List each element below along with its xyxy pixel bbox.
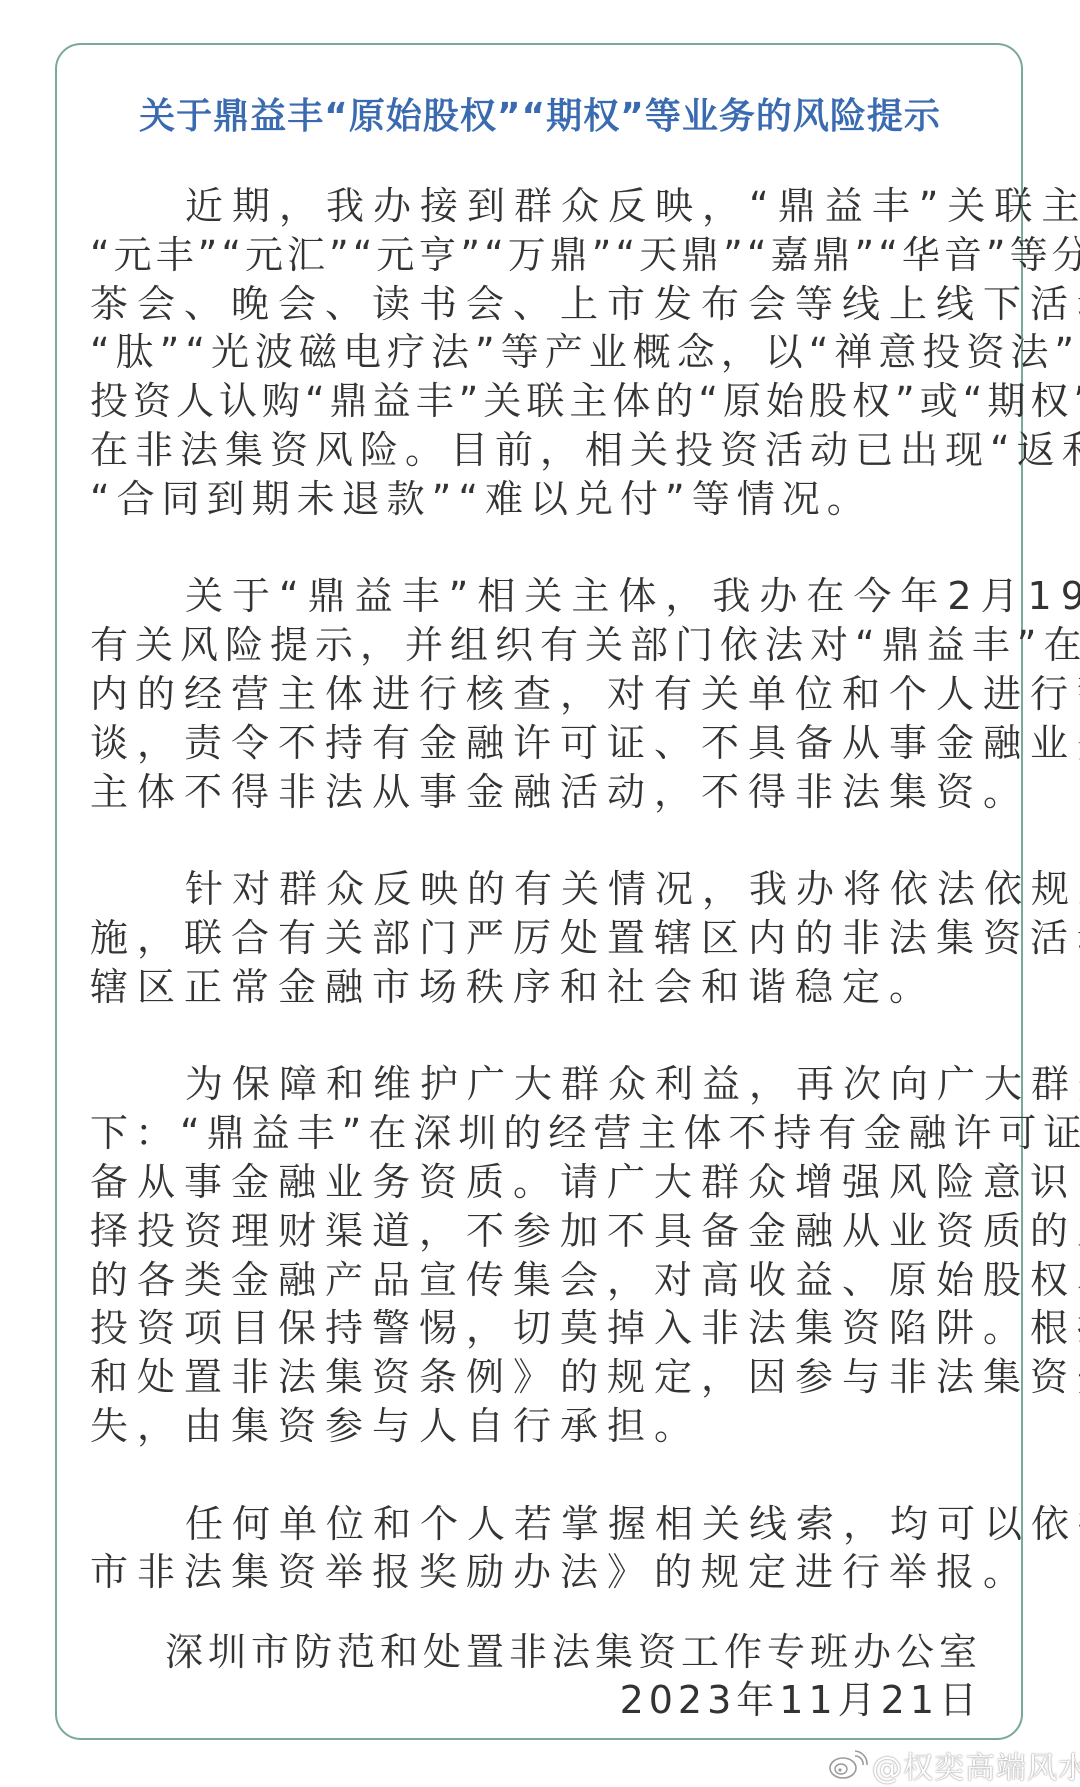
paragraph-line: 下：“鼎益丰”在深圳的经营主体不持有金融许可证、不具 [90, 1109, 1000, 1158]
paragraph-line: 施，联合有关部门严厉处置辖区内的非法集资活动，维护 [90, 914, 1000, 963]
paragraph-line: 为保障和维护广大群众利益，再次向广大群众提示如 [90, 1060, 1000, 1109]
paragraph-line: “合同到期未退款”“难以兑付”等情况。 [90, 475, 1000, 524]
paragraph-line: 近期，我办接到群众反映，“鼎益丰”关联主体，包括 [90, 182, 1000, 231]
paragraph-line: 茶会、晚会、读书会、上市发布会等线上线下活动，宣扬 [90, 280, 1000, 329]
paragraph-measures: 针对群众反映的有关情况，我办将依法依规采取措 施，联合有关部门严厉处置辖区内的非… [90, 865, 1000, 1011]
signature-block: 深圳市防范和处置非法集资工作专班办公室 2023年11月21日 [165, 1628, 982, 1724]
watermark-text: @权奕高端风水 [872, 1743, 1080, 1787]
notice-title: 关于鼎益丰“原始股权”“期权”等业务的风险提示 [0, 94, 1080, 140]
paragraph-line: 失，由集资参与人自行承担。 [90, 1402, 1000, 1451]
paragraph-line: 主体不得非法从事金融活动，不得非法集资。 [90, 768, 1000, 817]
paragraph-line: 的各类金融产品宣传集会，对高收益、原始股权、期权等 [90, 1256, 1000, 1305]
paragraph-line: 内的经营主体进行核查，对有关单位和个人进行警示约 [90, 670, 1000, 719]
paragraph-line: 有关风险提示，并组织有关部门依法对“鼎益丰”在深圳辖 [90, 621, 1000, 670]
paragraph-reporting: 任何单位和个人若掌握相关线索，均可以依据《深圳 市非法集资举报奖励办法》的规定进… [90, 1500, 1000, 1598]
paragraph-public-advice: 为保障和维护广大群众利益，再次向广大群众提示如 下：“鼎益丰”在深圳的经营主体不… [90, 1060, 1000, 1450]
paragraph-line: 针对群众反映的有关情况，我办将依法依规采取措 [90, 865, 1000, 914]
watermark: @权奕高端风水 [828, 1748, 1080, 1782]
paragraph-line: 投资项目保持警惕，切莫掉入非法集资陷阱。根据《防范 [90, 1304, 1000, 1353]
paragraph-line: 在非法集资风险。目前，相关投资活动已出现“返利延期” [90, 426, 1000, 475]
paragraph-line: 择投资理财渠道，不参加不具备金融从业资质的主体举办 [90, 1207, 1000, 1256]
paragraph-complaints: 近期，我办接到群众反映，“鼎益丰”关联主体，包括 “元丰”“元汇”“元亨”“万鼎… [90, 182, 1000, 524]
paragraph-line: 辖区正常金融市场秩序和社会和谐稳定。 [90, 963, 1000, 1012]
paragraph-line: 和处置非法集资条例》的规定，因参与非法集资受到的损 [90, 1353, 1000, 1402]
paragraph-line: “肽”“光波磁电疗法”等产业概念，以“禅意投资法”等吸引 [90, 328, 1000, 377]
issue-date: 2023年11月21日 [165, 1676, 982, 1724]
paragraph-line: 任何单位和个人若掌握相关线索，均可以依据《深圳 [90, 1500, 1000, 1549]
weibo-icon [828, 1750, 868, 1780]
notice-body: 近期，我办接到群众反映，“鼎益丰”关联主体，包括 “元丰”“元汇”“元亨”“万鼎… [90, 182, 1000, 1646]
paragraph-previous-warning: 关于“鼎益丰”相关主体，我办在今年2月19日发布了 有关风险提示，并组织有关部门… [90, 572, 1000, 816]
paragraph-line: 投资人认购“鼎益丰”关联主体的“原始股权”或“期权”，存 [90, 377, 1000, 426]
paragraph-line: “元丰”“元汇”“元亨”“万鼎”“天鼎”“嘉鼎”“华音”等分部，通过 [90, 231, 1000, 280]
paragraph-line: 备从事金融业务资质。请广大群众增强风险意识，谨慎选 [90, 1158, 1000, 1207]
paragraph-line: 关于“鼎益丰”相关主体，我办在今年2月19日发布了 [90, 572, 1000, 621]
issuer-name: 深圳市防范和处置非法集资工作专班办公室 [165, 1628, 982, 1676]
paragraph-line: 谈，责令不持有金融许可证、不具备从事金融业务资质的 [90, 719, 1000, 768]
paragraph-line: 市非法集资举报奖励办法》的规定进行举报。 [90, 1548, 1000, 1597]
